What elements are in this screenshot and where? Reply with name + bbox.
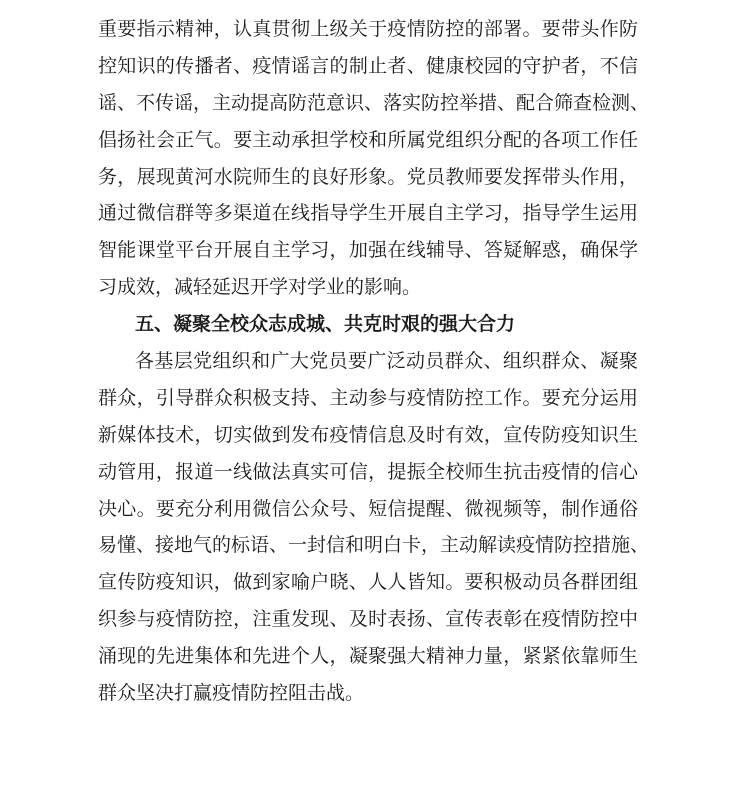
paragraph-continued: 重要指示精神，认真贯彻上级关于疫情防控的部署。要带头作防 控知识的传播者、疫情谣…	[98, 11, 638, 306]
text-line: 涌现的先进集体和先进个人，凝聚强大精神力量，紧紧依靠师生	[98, 638, 638, 675]
text-line: 习成效，减轻延迟开学对学业的影响。	[98, 269, 638, 306]
section-heading: 五、凝聚全校众志成城、共克时艰的强大合力	[98, 306, 638, 343]
text-line: 易懂、接地气的标语、一封信和明白卡，主动解读疫情防控措施、	[98, 527, 638, 564]
text-line: 新媒体技术，切实做到发布疫情信息及时有效，宣传防疫知识生	[98, 417, 638, 454]
text-line: 谣、不传谣，主动提高防范意识、落实防控举措、配合筛查检测、	[98, 85, 638, 122]
text-line: 决心。要充分利用微信公众号、短信提醒、微视频等，制作通俗	[98, 491, 638, 528]
text-line: 宣传防疫知识，做到家喻户晓、人人皆知。要积极动员各群团组	[98, 564, 638, 601]
text-line: 务，展现黄河水院师生的良好形象。党员教师要发挥带头作用，	[98, 159, 638, 196]
text-line: 倡扬社会正气。要主动承担学校和所属党组织分配的各项工作任	[98, 122, 638, 159]
text-line: 通过微信群等多渠道在线指导学生开展自主学习，指导学生运用	[98, 195, 638, 232]
text-line: 各基层党组织和广大党员要广泛动员群众、组织群众、凝聚	[98, 343, 638, 380]
text-line: 群众坚决打赢疫情防控阻击战。	[98, 675, 638, 712]
text-line: 群众，引导群众积极支持、主动参与疫情防控工作。要充分运用	[98, 380, 638, 417]
text-line: 重要指示精神，认真贯彻上级关于疫情防控的部署。要带头作防	[98, 11, 638, 48]
paragraph-section-five: 各基层党组织和广大党员要广泛动员群众、组织群众、凝聚 群众，引导群众积极支持、主…	[98, 343, 638, 712]
text-line: 织参与疫情防控，注重发现、及时表扬、宣传表彰在疫情防控中	[98, 601, 638, 638]
document-page: 重要指示精神，认真贯彻上级关于疫情防控的部署。要带头作防 控知识的传播者、疫情谣…	[98, 11, 638, 712]
text-line: 动管用，报道一线做法真实可信，提振全校师生抗击疫情的信心	[98, 454, 638, 491]
text-line: 控知识的传播者、疫情谣言的制止者、健康校园的守护者，不信	[98, 48, 638, 85]
text-line: 智能课堂平台开展自主学习，加强在线辅导、答疑解惑，确保学	[98, 232, 638, 269]
